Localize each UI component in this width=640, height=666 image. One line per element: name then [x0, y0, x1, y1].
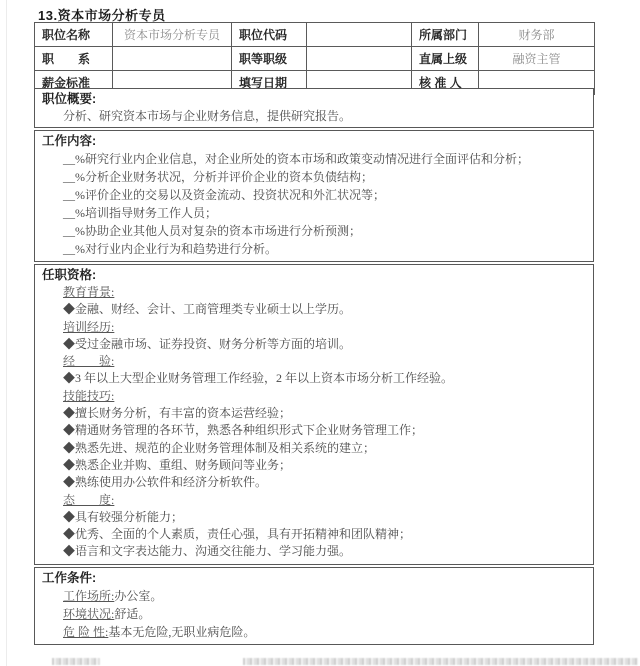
duty-item: __%研究行业内企业信息，对企业所处的资本市场和政策变动情况进行全面评估和分析； — [40, 150, 587, 168]
condition-label: 工作场所: — [63, 589, 114, 603]
qualification-bullet: ◆语言和文字表达能力、沟通交往能力、学习能力强。 — [40, 543, 587, 560]
summary-text: 分析、研究资本市场与企业财务信息，提供研究报告。 — [40, 108, 587, 124]
qualification-bullet: ◆精通财务管理的各环节，熟悉各种组织形式下企业财务管理工作； — [40, 422, 587, 439]
cutoff-text-artifact — [243, 658, 638, 665]
qualification-bullet: ◆受过金融市场、证券投资、财务分析等方面的培训。 — [40, 336, 587, 353]
info-value-position-code — [307, 23, 412, 47]
job-info-table: 职位名称 资本市场分析专员 职位代码 所属部门 财务部 职 系 职等职级 直属上… — [34, 22, 595, 95]
condition-item-environment: 环境状况:舒适。 — [40, 605, 587, 623]
condition-text: 基本无危险,无职业病危险。 — [108, 625, 255, 639]
info-value-job-family — [113, 47, 232, 71]
qualification-bullet: ◆擅长财务分析，有丰富的资本运营经验； — [40, 405, 587, 422]
info-value-supervisor: 融资主管 — [479, 47, 595, 71]
condition-label: 环境状况: — [63, 607, 114, 621]
section-work-content: 工作内容: __%研究行业内企业信息，对企业所处的资本市场和政策变动情况进行全面… — [34, 130, 594, 262]
section-heading: 工作内容: — [40, 133, 587, 150]
qualification-sublabel-skills: 技能技巧: — [63, 389, 114, 403]
info-value-position-name: 资本市场分析专员 — [113, 23, 232, 47]
qualification-bullet: ◆3 年以上大型企业财务管理工作经验，2 年以上资本市场分析工作经验。 — [40, 370, 587, 387]
section-heading: 任职资格: — [40, 267, 587, 284]
page-edge-line — [6, 0, 7, 666]
duty-item: __%对行业内企业行为和趋势进行分析。 — [40, 240, 587, 258]
cutoff-text-artifact — [52, 658, 100, 665]
table-row: 职位名称 资本市场分析专员 职位代码 所属部门 财务部 — [35, 23, 595, 47]
condition-item-risk: 危 险 性:基本无危险,无职业病危险。 — [40, 623, 587, 641]
qualification-bullet: ◆熟悉先进、规范的企业财务管理体制及相关系统的建立； — [40, 440, 587, 457]
duty-item: __%分析企业财务状况，分析并评价企业的资本负债结构； — [40, 168, 587, 186]
qualification-sublabel-training: 培训经历: — [63, 320, 114, 334]
qualification-bullet: ◆具有较强分析能力； — [40, 509, 587, 526]
condition-text: 舒适。 — [114, 607, 150, 621]
section-qualifications: 任职资格: 教育背景: ◆金融、财经、会计、工商管理类专业硕士以上学历。 培训经… — [34, 264, 594, 565]
section-heading: 职位概要: — [40, 91, 587, 108]
section-job-summary: 职位概要: 分析、研究资本市场与企业财务信息，提供研究报告。 — [34, 88, 594, 128]
condition-text: 办公室。 — [114, 589, 162, 603]
duty-item: __%培训指导财务工作人员； — [40, 204, 587, 222]
info-label-position-code: 职位代码 — [232, 23, 307, 47]
qualification-bullet: ◆优秀、全面的个人素质，责任心强，具有开拓精神和团队精神； — [40, 526, 587, 543]
condition-item-workplace: 工作场所:办公室。 — [40, 587, 587, 605]
qualification-sublabel-attitude: 态 度: — [63, 493, 114, 507]
info-label-job-family: 职 系 — [35, 47, 113, 71]
qualification-sublabel-experience: 经 验: — [63, 354, 114, 368]
qualification-bullet: ◆熟悉企业并购、重组、财务顾问等业务； — [40, 457, 587, 474]
section-work-conditions: 工作条件: 工作场所:办公室。 环境状况:舒适。 危 险 性:基本无危险,无职业… — [34, 567, 594, 645]
duty-item: __%评价企业的交易以及资金流动、投资状况和外汇状况等； — [40, 186, 587, 204]
qualification-bullet: ◆金融、财经、会计、工商管理类专业硕士以上学历。 — [40, 301, 587, 318]
info-label-position-name: 职位名称 — [35, 23, 113, 47]
qualification-sublabel-education: 教育背景: — [63, 285, 114, 299]
info-label-job-grade: 职等职级 — [232, 47, 307, 71]
table-row: 职 系 职等职级 直属上级 融资主管 — [35, 47, 595, 71]
qualification-bullet: ◆熟练使用办公软件和经济分析软件。 — [40, 474, 587, 491]
condition-label: 危 险 性: — [63, 625, 108, 639]
info-label-supervisor: 直属上级 — [412, 47, 479, 71]
info-value-department: 财务部 — [479, 23, 595, 47]
section-heading: 工作条件: — [40, 570, 587, 587]
info-value-job-grade — [307, 47, 412, 71]
document-body: 职位概要: 分析、研究资本市场与企业财务信息，提供研究报告。 工作内容: __%… — [34, 88, 594, 647]
info-label-department: 所属部门 — [412, 23, 479, 47]
duty-item: __%协助企业其他人员对复杂的资本市场进行分析预测； — [40, 222, 587, 240]
